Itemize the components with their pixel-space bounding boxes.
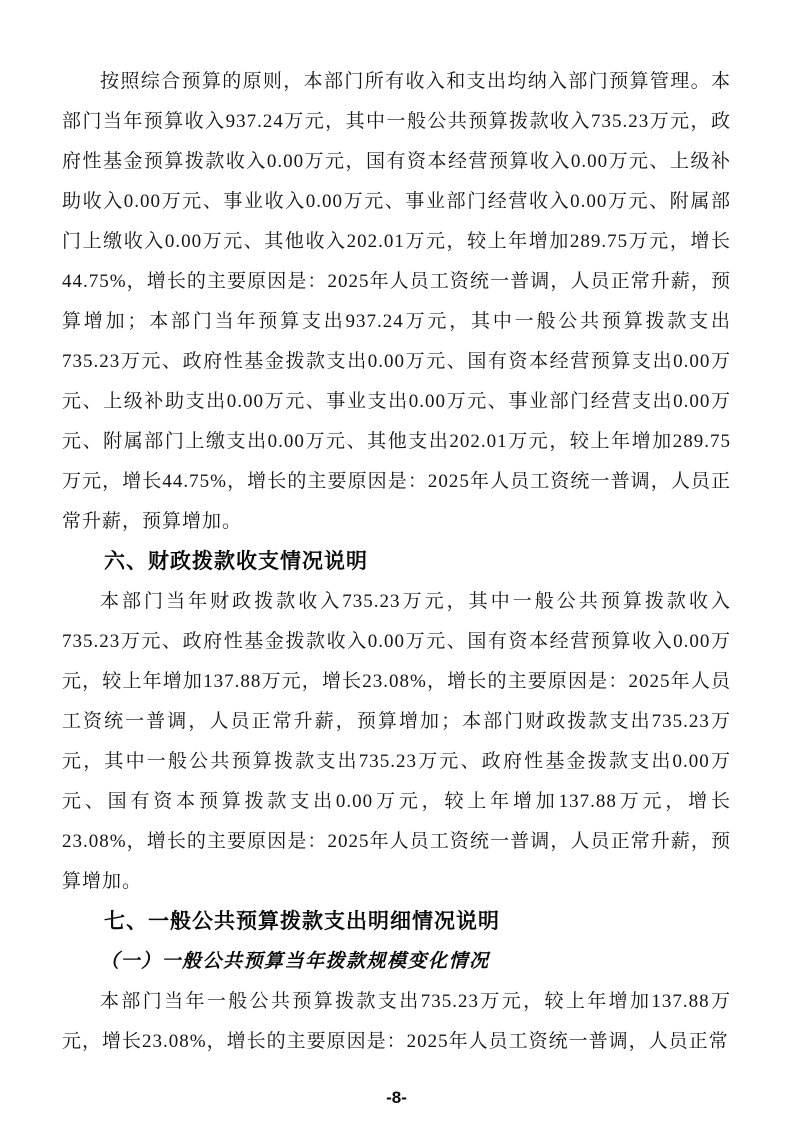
section7-heading: 七、一般公共预算拨款支出明细情况说明 <box>62 902 731 942</box>
section6-heading: 六、财政拨款收支情况说明 <box>62 542 731 582</box>
document-page: 按照综合预算的原则，本部门所有收入和支出均纳入部门预算管理。本部门当年预算收入9… <box>0 0 793 1122</box>
section6-paragraph: 本部门当年财政拨款收入735.23万元，其中一般公共预算拨款收入735.23万元… <box>62 582 731 902</box>
section7-subheading: （一）一般公共预算当年拨款规模变化情况 <box>62 942 731 982</box>
intro-paragraph: 按照综合预算的原则，本部门所有收入和支出均纳入部门预算管理。本部门当年预算收入9… <box>62 62 731 542</box>
page-number: -8- <box>0 1088 793 1108</box>
section7-paragraph: 本部门当年一般公共预算拨款支出735.23万元，较上年增加137.88万元，增长… <box>62 982 731 1062</box>
